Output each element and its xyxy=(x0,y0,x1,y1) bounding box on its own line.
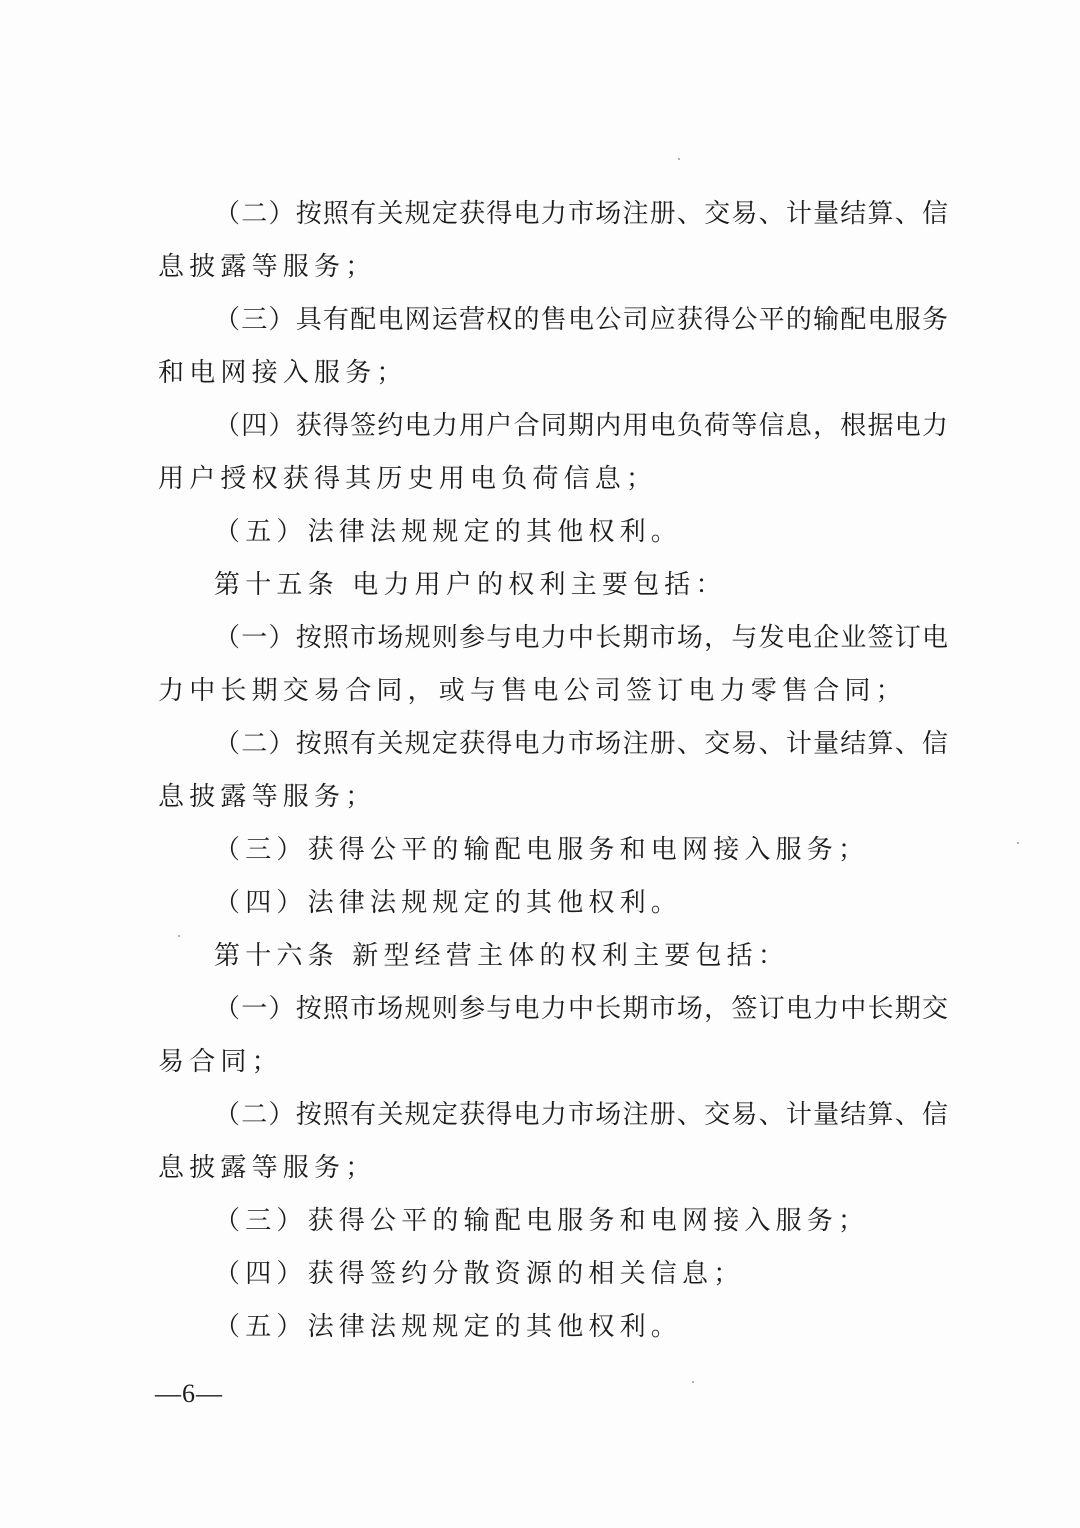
text-line: （二）按照有关规定获得电力市场注册、交易、计量结算、信 xyxy=(214,198,948,230)
text-line: 力中长期交易合同，或与售电公司签订电力零售合同； xyxy=(158,675,948,707)
text-line: 和电网接入服务； xyxy=(158,357,948,389)
text-line: （五）法律法规规定的其他权利。 xyxy=(214,1311,948,1343)
scan-speck xyxy=(1017,842,1019,844)
text-line: （四）获得签约分散资源的相关信息； xyxy=(214,1258,948,1290)
text-line: 用户授权获得其历史用电负荷信息； xyxy=(158,463,948,495)
text-line: （三）获得公平的输配电服务和电网接入服务； xyxy=(214,1205,948,1237)
text-line: 易合同； xyxy=(158,1046,948,1078)
scan-speck xyxy=(678,158,680,160)
document-page: （二）按照有关规定获得电力市场注册、交易、计量结算、信 息披露等服务； （三）具… xyxy=(0,0,1080,1528)
text-line: 息披露等服务； xyxy=(158,781,948,813)
text-line: （三）获得公平的输配电服务和电网接入服务； xyxy=(214,834,948,866)
text-line: 息披露等服务； xyxy=(158,1152,948,1184)
text-line: （一）按照市场规则参与电力中长期市场，签订电力中长期交 xyxy=(214,993,948,1025)
scan-speck xyxy=(178,935,180,937)
article-heading: 第十五条 电力用户的权利主要包括： xyxy=(214,569,948,601)
article-heading: 第十六条 新型经营主体的权利主要包括： xyxy=(214,940,948,972)
text-line: （四）获得签约电力用户合同期内用电负荷等信息，根据电力 xyxy=(214,410,948,442)
text-line: （二）按照有关规定获得电力市场注册、交易、计量结算、信 xyxy=(214,1099,948,1131)
text-line: （四）法律法规规定的其他权利。 xyxy=(214,887,948,919)
page-number: —6— xyxy=(155,1378,223,1410)
scan-speck xyxy=(692,1381,694,1383)
text-line: 息披露等服务； xyxy=(158,251,948,283)
text-line: （三）具有配电网运营权的售电公司应获得公平的输配电服务 xyxy=(214,304,948,336)
text-line: （二）按照有关规定获得电力市场注册、交易、计量结算、信 xyxy=(214,728,948,760)
text-line: （五）法律法规规定的其他权利。 xyxy=(214,516,948,548)
text-line: （一）按照市场规则参与电力中长期市场，与发电企业签订电 xyxy=(214,622,948,654)
